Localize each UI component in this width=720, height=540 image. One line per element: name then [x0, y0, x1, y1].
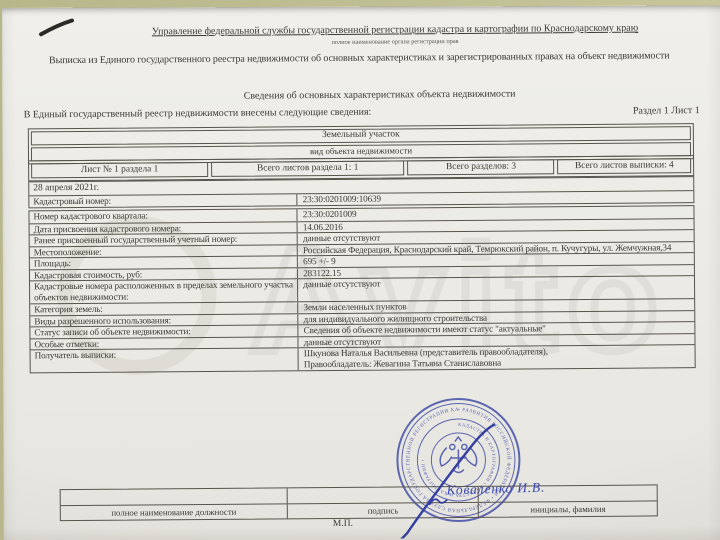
document-content: Управление федеральной службы государств… — [0, 0, 720, 540]
name-caption: инициалы, фамилия — [479, 501, 657, 516]
row-label: Категория земель: — [30, 302, 298, 315]
stamp-place-label: М.П. — [333, 519, 353, 529]
double-eagle-emblem — [440, 437, 477, 473]
row-label: Кадастровые номера расположенных в преде… — [30, 279, 298, 303]
extract-date: 28 апреля 2021г. — [29, 182, 99, 195]
section-title: Сведения об основных характеристиках объ… — [60, 87, 700, 103]
row-value: данные отсутствуют — [298, 276, 694, 301]
row-label: Особые отметки: — [30, 337, 298, 350]
pen-mark — [41, 21, 72, 35]
row-value: 23:30:0201009:10639 — [298, 191, 694, 206]
row-label: Ранее присвоенный государственный учетны… — [30, 233, 298, 246]
row-label: Местоположение: — [30, 245, 298, 258]
position-caption: полное наименование должности — [61, 504, 288, 520]
row-label: Виды разрешенного использования: — [30, 314, 298, 327]
sheet-info-cell: Всего листов выписки: 4 — [558, 158, 692, 174]
paper-sheet: Avito Управление федеральной службы госу… — [2, 5, 720, 540]
document-photo: Avito Управление федеральной службы госу… — [0, 0, 720, 540]
intro-line: В Единый государственный реестр недвижим… — [24, 107, 372, 121]
sheet-info-cell: Всего разделов: 3 — [407, 159, 554, 175]
row-value-line2: Правообладатель: Жевагина Татьяна Станис… — [304, 356, 695, 370]
row-label: Кадастровая стоимость, руб: — [30, 268, 298, 281]
row-label: Номер кадастрового квартала: — [29, 209, 297, 223]
position-cell — [61, 488, 288, 505]
sheet-info-cell: Всего листов раздела 1: 1 — [211, 160, 405, 177]
signature-caption: подпись — [288, 503, 479, 519]
row-label: Дата присвоения кадастрового номера: — [30, 222, 298, 235]
row-label: Получатель выписки: — [31, 348, 299, 372]
details-table: Номер кадастрового квартала: 23:30:02010… — [28, 205, 695, 373]
section-sheet-label: Раздел 1 Лист 1 — [633, 105, 700, 117]
row-label: Статус записи об объекте недвижимости: — [30, 325, 298, 338]
document-title: Выписка из Единого государственного реес… — [13, 50, 705, 66]
sheet-info-cell: Лист № 1 раздела 1 — [31, 162, 208, 178]
authority-name: Управление федеральной службы государств… — [89, 22, 701, 38]
row-label: Кадастровый номер: — [29, 194, 297, 208]
date-cadastral-table: 28 апреля 2021г. Кадастровый номер: 23:3… — [28, 176, 694, 208]
row-label: Площадь: — [30, 256, 298, 269]
row-value: Шкунова Наталья Васильевна (представител… — [299, 345, 695, 370]
authority-caption: полное наименование органа регистрации п… — [89, 36, 701, 48]
